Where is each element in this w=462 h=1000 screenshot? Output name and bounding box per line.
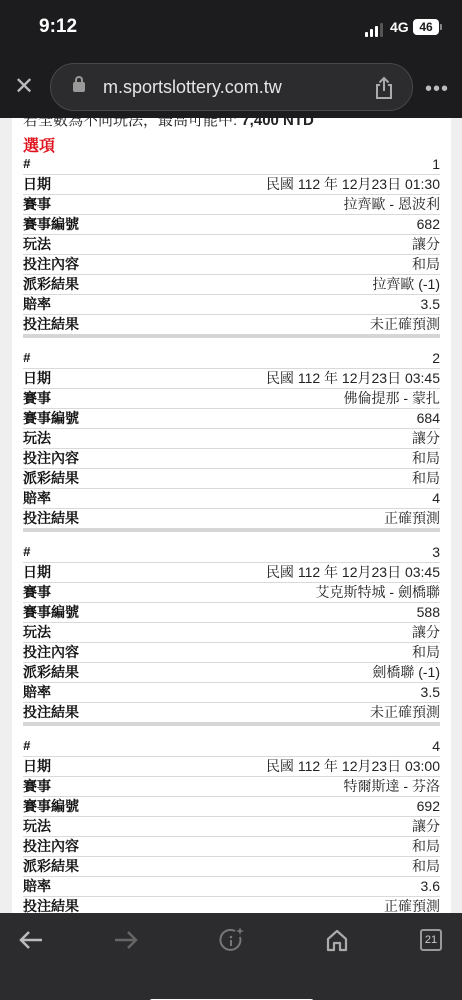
row-match: 賽事佛倫提那 - 蒙扎 [23, 389, 440, 409]
row-play-type: 玩法讓分 [23, 429, 440, 449]
label: # [23, 737, 30, 755]
label: 日期 [23, 563, 51, 581]
value: 佛倫提那 - 蒙扎 [344, 389, 440, 407]
label: 玩法 [23, 623, 51, 641]
value: 3 [432, 543, 440, 561]
value: 3.5 [421, 683, 440, 701]
row-outcome: 投注結果未正確預測 [23, 703, 440, 726]
section-title: 選項 [23, 133, 55, 156]
value: 讓分 [412, 817, 440, 835]
browser-top-bar: 9:12 4G 46 ✕ m.sportslottery.com.tw ••• [0, 0, 462, 118]
value: 拉齊歐 - 恩波利 [344, 195, 440, 213]
row-match: 賽事拉齊歐 - 恩波利 [23, 195, 440, 215]
home-icon [325, 928, 349, 952]
value: 民國 112 年 12月23日 03:00 [266, 757, 440, 775]
label: 日期 [23, 369, 51, 387]
label: 派彩結果 [23, 469, 79, 487]
row-match-no: 賽事編號588 [23, 603, 440, 623]
value: 4 [432, 489, 440, 507]
label: 賽事編號 [23, 603, 79, 621]
row-bet: 投注內容和局 [23, 255, 440, 275]
label: 派彩結果 [23, 663, 79, 681]
row-date: 日期民國 112 年 12月23日 03:45 [23, 563, 440, 583]
battery-tip [440, 24, 442, 30]
value: 682 [417, 215, 440, 233]
row-result: 派彩結果拉齊歐 (-1) [23, 275, 440, 295]
row-bet: 投注內容和局 [23, 643, 440, 663]
value: 特爾斯達 - 芬洛 [344, 777, 440, 795]
value: 和局 [412, 255, 440, 273]
value: 3.6 [421, 877, 440, 895]
page-insights-button[interactable] [217, 925, 247, 955]
value: 讓分 [412, 429, 440, 447]
value: 民國 112 年 12月23日 03:45 [266, 563, 440, 581]
label: 賽事編號 [23, 409, 79, 427]
tabs-button[interactable]: 21 [416, 925, 446, 955]
label: 賽事編號 [23, 797, 79, 815]
battery-icon: 46 [413, 19, 439, 35]
row-odds: 賠率3.5 [23, 295, 440, 315]
back-button[interactable] [16, 925, 46, 955]
value: 1 [432, 155, 440, 173]
label: 日期 [23, 757, 51, 775]
value: 艾克斯特城 - 劍橋聯 [316, 583, 440, 601]
selection-group: #4 日期民國 112 年 12月23日 03:00 賽事特爾斯達 - 芬洛 賽… [23, 737, 440, 920]
row-play-type: 玩法讓分 [23, 623, 440, 643]
label: 賠率 [23, 489, 51, 507]
value: 3.5 [421, 295, 440, 313]
label: 投注內容 [23, 643, 79, 661]
row-match-no: 賽事編號692 [23, 797, 440, 817]
arrow-right-icon [113, 930, 139, 950]
row-bet: 投注內容和局 [23, 837, 440, 857]
row-match-no: 賽事編號682 [23, 215, 440, 235]
label: 賽事 [23, 583, 51, 601]
url-text[interactable]: m.sportslottery.com.tw [103, 77, 282, 98]
row-index: #4 [23, 737, 440, 757]
label: 玩法 [23, 235, 51, 253]
value: 684 [417, 409, 440, 427]
selection-group: #2 日期民國 112 年 12月23日 03:45 賽事佛倫提那 - 蒙扎 賽… [23, 349, 440, 532]
row-result: 派彩結果和局 [23, 469, 440, 489]
value: 2 [432, 349, 440, 367]
label: 賠率 [23, 295, 51, 313]
value: 讓分 [412, 623, 440, 641]
label: # [23, 543, 30, 561]
more-icon[interactable]: ••• [425, 78, 449, 101]
selection-group: #3 日期民國 112 年 12月23日 03:45 賽事艾克斯特城 - 劍橋聯… [23, 543, 440, 726]
label: 賽事編號 [23, 215, 79, 233]
info-sparkle-icon [218, 926, 246, 954]
label: 投注結果 [23, 703, 79, 721]
value: 和局 [412, 449, 440, 467]
share-icon[interactable] [373, 76, 395, 100]
row-date: 日期民國 112 年 12月23日 03:45 [23, 369, 440, 389]
row-odds: 賠率3.6 [23, 877, 440, 897]
row-match: 賽事艾克斯特城 - 劍橋聯 [23, 583, 440, 603]
browser-bottom-bar: 21 [0, 913, 462, 1000]
row-play-type: 玩法讓分 [23, 235, 440, 255]
arrow-left-icon [18, 930, 44, 950]
label: 投注結果 [23, 509, 79, 527]
value: 拉齊歐 (-1) [372, 275, 440, 293]
row-play-type: 玩法讓分 [23, 817, 440, 837]
label: 投注內容 [23, 255, 79, 273]
row-outcome: 投注結果正確預測 [23, 509, 440, 532]
value: 民國 112 年 12月23日 03:45 [266, 369, 440, 387]
row-match-no: 賽事編號684 [23, 409, 440, 429]
label: 賠率 [23, 683, 51, 701]
value: 劍橋聯 (-1) [372, 663, 440, 681]
row-odds: 賠率4 [23, 489, 440, 509]
network-type: 4G [390, 19, 409, 35]
value: 和局 [412, 469, 440, 487]
value: 民國 112 年 12月23日 01:30 [266, 175, 440, 193]
row-index: #1 [23, 155, 440, 175]
value: 讓分 [412, 235, 440, 253]
url-bar[interactable]: m.sportslottery.com.tw [50, 63, 413, 111]
label: 派彩結果 [23, 275, 79, 293]
value: 692 [417, 797, 440, 815]
label: 賽事 [23, 389, 51, 407]
value: 588 [417, 603, 440, 621]
row-odds: 賠率3.5 [23, 683, 440, 703]
close-icon[interactable]: ✕ [13, 76, 35, 98]
row-result: 派彩結果劍橋聯 (-1) [23, 663, 440, 683]
label: 日期 [23, 175, 51, 193]
row-index: #3 [23, 543, 440, 563]
label: 投注結果 [23, 315, 79, 333]
value: 和局 [412, 857, 440, 875]
lock-icon [73, 82, 85, 92]
row-index: #2 [23, 349, 440, 369]
value: 未正確預測 [370, 703, 440, 721]
value: 正確預測 [384, 509, 440, 527]
row-outcome: 投注結果未正確預測 [23, 315, 440, 338]
label: 賽事 [23, 777, 51, 795]
label: 投注內容 [23, 449, 79, 467]
label: 賠率 [23, 877, 51, 895]
status-time: 9:12 [39, 16, 77, 38]
row-result: 派彩結果和局 [23, 857, 440, 877]
label: 玩法 [23, 429, 51, 447]
label: # [23, 349, 30, 367]
row-date: 日期民國 112 年 12月23日 03:00 [23, 757, 440, 777]
value: 未正確預測 [370, 315, 440, 333]
value: 和局 [412, 837, 440, 855]
label: 投注內容 [23, 837, 79, 855]
label: 派彩結果 [23, 857, 79, 875]
screen: 若全數為不同玩法，最高可能中: 7,400 NTD 選項 #1 日期民國 112… [0, 0, 462, 1000]
selection-group: #1 日期民國 112 年 12月23日 01:30 賽事拉齊歐 - 恩波利 賽… [23, 155, 440, 338]
label: 玩法 [23, 817, 51, 835]
row-date: 日期民國 112 年 12月23日 01:30 [23, 175, 440, 195]
row-match: 賽事特爾斯達 - 芬洛 [23, 777, 440, 797]
row-bet: 投注內容和局 [23, 449, 440, 469]
tabs-count: 21 [420, 929, 442, 951]
signal-icon [365, 23, 383, 37]
home-button[interactable] [322, 925, 352, 955]
value: 4 [432, 737, 440, 755]
label: 賽事 [23, 195, 51, 213]
page-content: 若全數為不同玩法，最高可能中: 7,400 NTD 選項 #1 日期民國 112… [0, 0, 462, 1000]
value: 和局 [412, 643, 440, 661]
label: # [23, 155, 30, 173]
forward-button[interactable] [111, 925, 141, 955]
